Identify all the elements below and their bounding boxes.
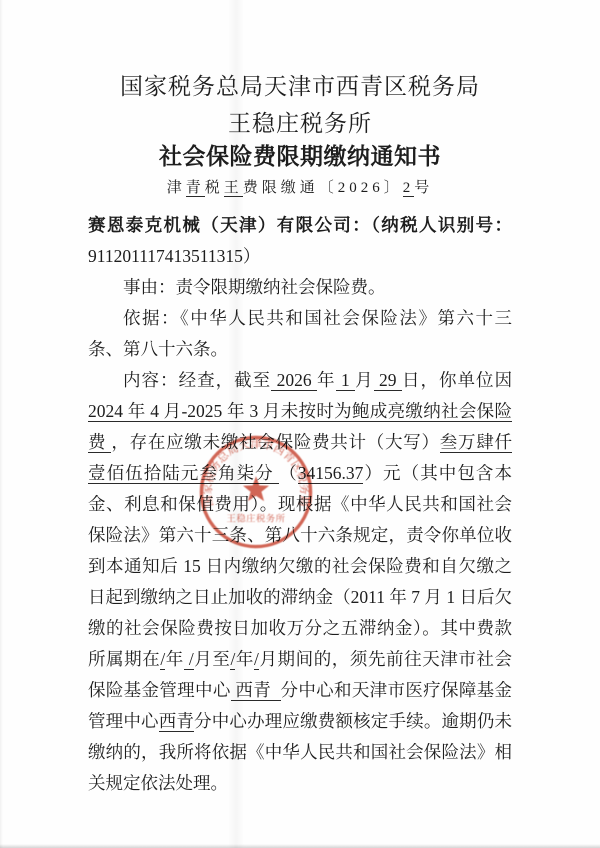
notice-paragraph: 事由：责令限期缴纳社会保险费。 bbox=[88, 272, 512, 303]
text-run: 事由：责令限期缴纳社会保险费。 bbox=[123, 277, 386, 297]
text-run: 税 bbox=[205, 180, 224, 196]
text-run: （ bbox=[279, 463, 298, 483]
filled-blank: / bbox=[184, 649, 194, 670]
text-run: ）元（其中包含本金、利息和保值费用）。现根据《中华人民共和国社会保险法》第六十三… bbox=[88, 463, 512, 669]
filled-blank: 1 bbox=[336, 370, 356, 391]
text-run: 年 bbox=[317, 370, 336, 390]
text-run: 津 bbox=[167, 180, 186, 196]
scan-edge-left bbox=[0, 0, 3, 848]
text-run: 费限缴通〔2026〕 bbox=[243, 180, 403, 196]
filled-blank: 青 bbox=[186, 180, 205, 197]
notice-paragraph: 依据：《中华人民共和国社会保险法》第六十三条、第八十六条。 bbox=[88, 303, 512, 365]
text-run: 内容：经查，截至 bbox=[123, 370, 271, 390]
filled-blank: 2 bbox=[403, 180, 415, 197]
text-run: 911201117413511315） bbox=[88, 246, 260, 266]
text-run: 号 bbox=[414, 180, 433, 196]
text-run: 月 bbox=[355, 370, 374, 390]
filled-blank: 29 bbox=[374, 370, 402, 391]
document-number: 津青税王费限缴通〔2026〕2号 bbox=[0, 176, 600, 197]
notice-paragraph: 内容：经查，截至 2026 年 1 月 29 日，你单位因2024 年 4 月-… bbox=[88, 365, 512, 799]
document-page: 国家税务总局天津市西青区税务局 王稳庄税务所 社会保险费限期缴纳通知书 津青税王… bbox=[0, 0, 600, 848]
text-run: 月至 bbox=[194, 649, 231, 669]
text-run: ，存在应缴未缴社会保险费共计（大写） bbox=[111, 432, 439, 452]
text-run: 年 bbox=[235, 649, 254, 669]
scan-edge-bottom bbox=[0, 844, 600, 848]
issuer-title-line1: 国家税务总局天津市西青区税务局 bbox=[0, 68, 600, 101]
notice-title: 社会保险费限期缴纳通知书 bbox=[0, 138, 600, 171]
filled-blank: 王 bbox=[224, 180, 243, 197]
filled-blank: 34156.37 bbox=[298, 463, 364, 484]
notice-body: 赛恩泰克机械（天津）有限公司：（纳税人识别号：91120111741351131… bbox=[88, 210, 512, 799]
text-run: 赛恩泰克机械（天津）有限公司：（纳税人识别号： bbox=[88, 215, 512, 235]
notice-paragraph: 赛恩泰克机械（天津）有限公司：（纳税人识别号：91120111741351131… bbox=[88, 210, 512, 272]
text-run: 日，你单位因 bbox=[402, 370, 512, 390]
text-run: 年 bbox=[165, 649, 184, 669]
text-run: 依据：《中华人民共和国社会保险法》第六十三条、第八十六条。 bbox=[88, 308, 512, 359]
filled-blank: 西青 bbox=[159, 711, 194, 732]
filled-blank: 2026 bbox=[271, 370, 317, 391]
issuer-title-line2: 王稳庄税务所 bbox=[0, 105, 600, 138]
filled-blank: 西青 bbox=[231, 680, 281, 701]
